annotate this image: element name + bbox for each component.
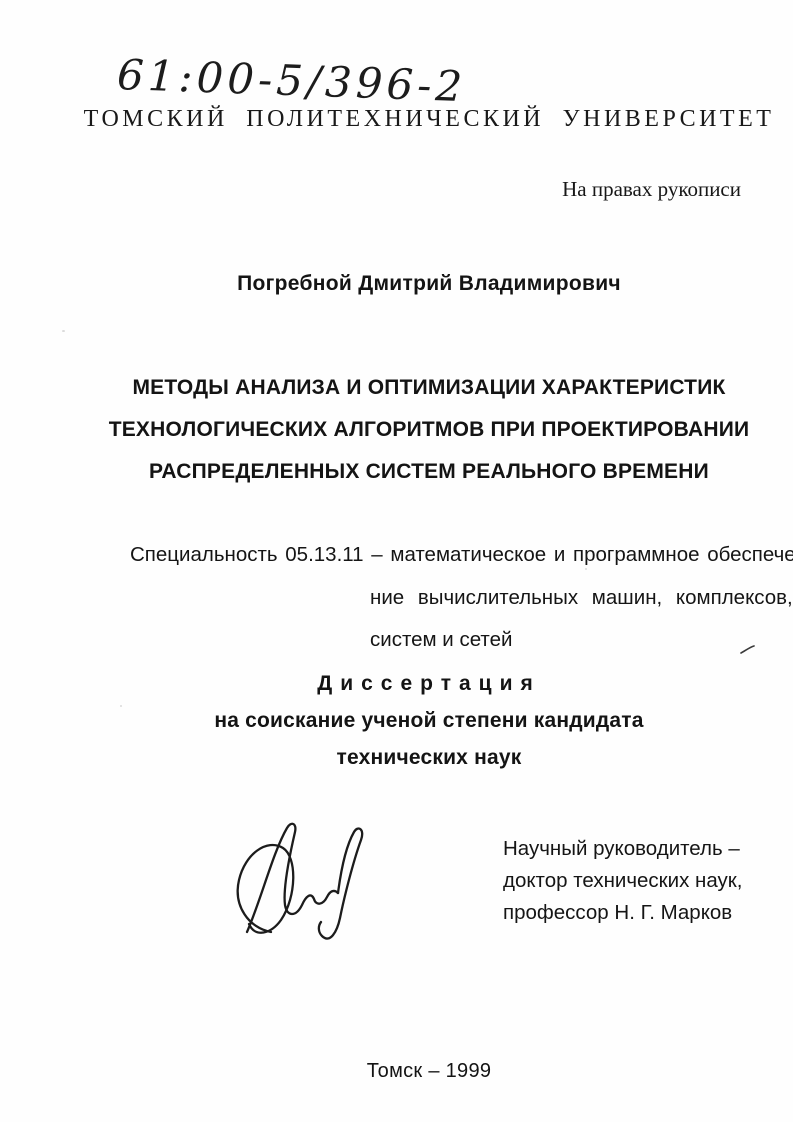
supervisor-line-3: профессор Н. Г. Марков xyxy=(503,897,742,929)
supervisor-line-1: Научный руководитель – xyxy=(503,833,742,865)
handwritten-signature xyxy=(225,812,370,952)
dissertation-title: МЕТОДЫ АНАЛИЗА И ОПТИМИЗАЦИИ ХАРАКТЕРИСТ… xyxy=(65,367,793,493)
supervisor-block: Научный руководитель – доктор технически… xyxy=(503,833,742,929)
supervisor-line-2: доктор технических наук, xyxy=(503,865,742,897)
specialty-line-2: ние вычислительных машин, комплексов, xyxy=(370,586,793,610)
university-name: ТОМСКИЙ ПОЛИТЕХНИЧЕСКИЙ УНИВЕРСИТЕТ xyxy=(65,106,793,133)
dissertation-word: Диссертация xyxy=(65,665,793,702)
manuscript-rights-note: На правах рукописи xyxy=(562,177,741,202)
title-line-3: РАСПРЕДЕЛЕННЫХ СИСТЕМ РЕАЛЬНОГО ВРЕМЕНИ xyxy=(65,451,793,493)
handwritten-inventory-number: 61:00-5/396-2 xyxy=(116,50,467,111)
title-line-2: ТЕХНОЛОГИЧЕСКИХ АЛГОРИТМОВ ПРИ ПРОЕКТИРО… xyxy=(65,409,793,451)
degree-statement: Диссертация на соискание ученой степени … xyxy=(65,665,793,776)
author-name: Погребной Дмитрий Владимирович xyxy=(65,272,793,296)
scan-speck xyxy=(120,705,122,707)
degree-line-3: технических наук xyxy=(65,739,793,776)
degree-line-2: на соискание ученой степени кандидата xyxy=(65,702,793,739)
scan-speck xyxy=(585,568,587,570)
scan-speck xyxy=(62,330,65,332)
pen-tick-mark xyxy=(740,643,756,655)
specialty-line-3: систем и сетей xyxy=(370,628,512,652)
tick-stroke xyxy=(740,644,756,656)
title-line-1: МЕТОДЫ АНАЛИЗА И ОПТИМИЗАЦИИ ХАРАКТЕРИСТ… xyxy=(65,367,793,409)
scanned-title-page: 61:00-5/396-2 ТОМСКИЙ ПОЛИТЕХНИЧЕСКИЙ УН… xyxy=(0,0,793,1122)
specialty-line-1: Специальность 05.13.11 – математическое … xyxy=(130,543,793,567)
city-year: Томск – 1999 xyxy=(65,1060,793,1083)
signature-strokes xyxy=(225,812,370,952)
